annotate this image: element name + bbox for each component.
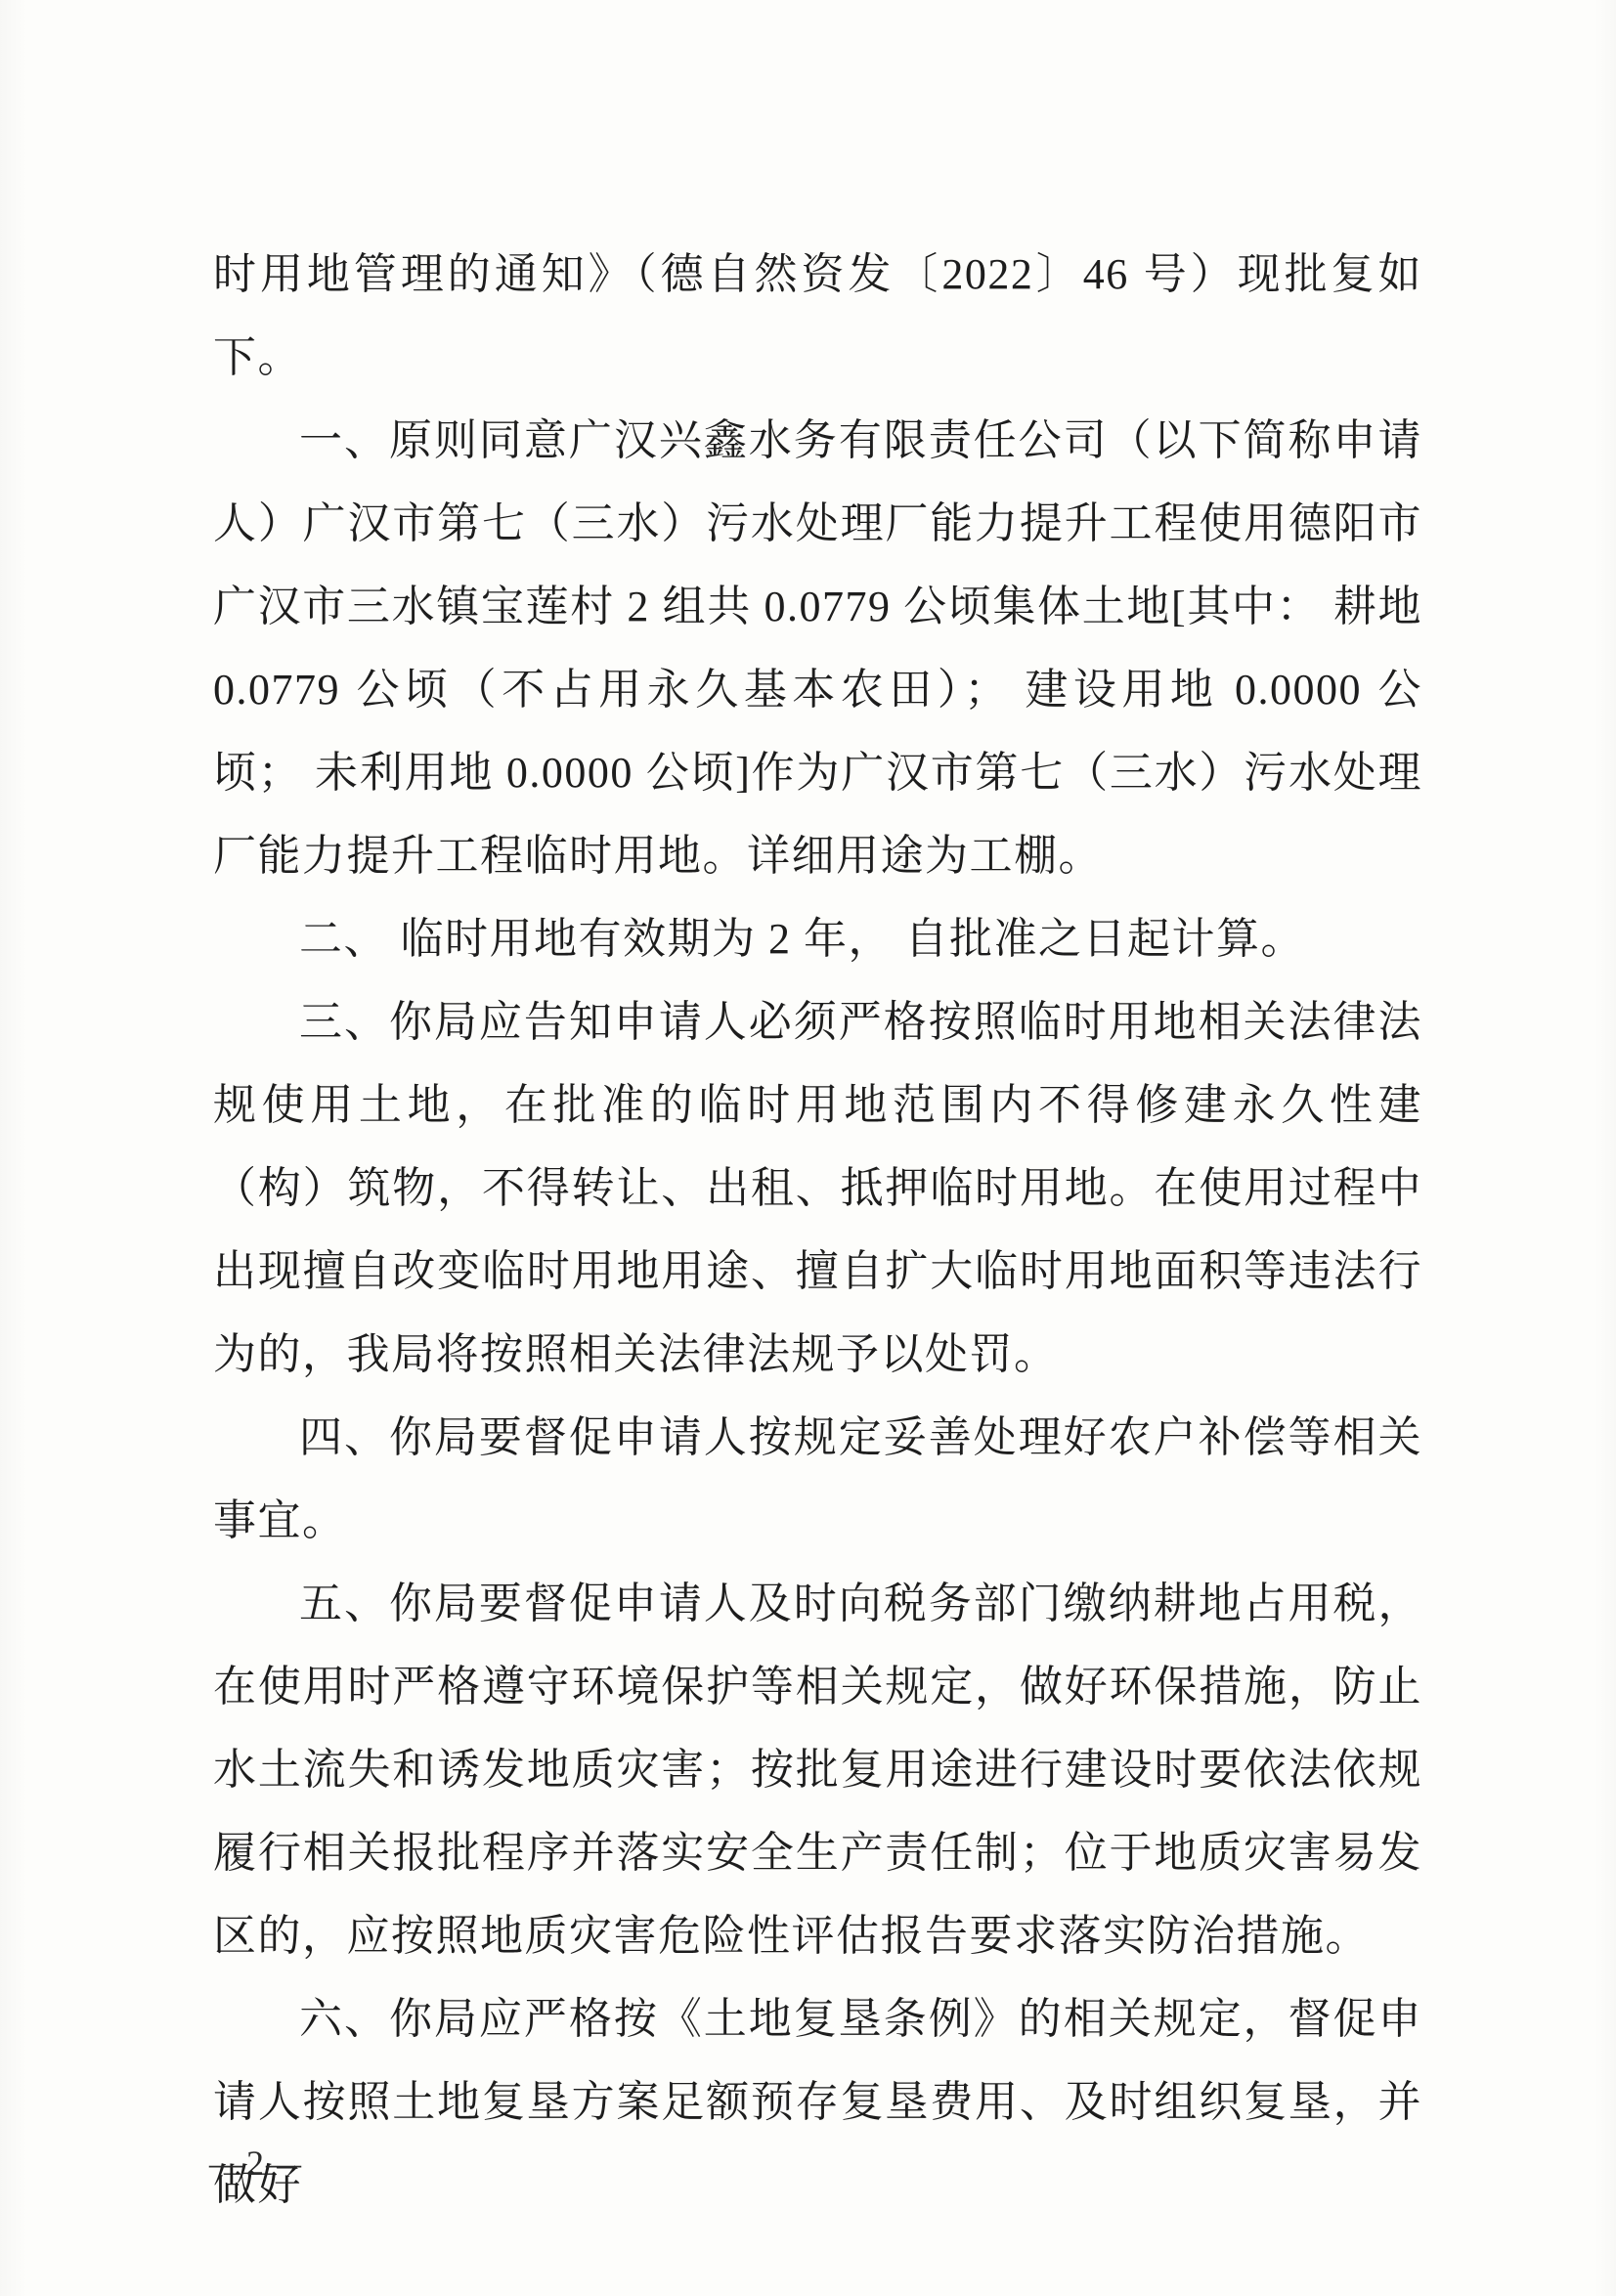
paragraph-continuation: 时用地管理的通知》（德自然资发〔2022〕46 号）现批复如下。 — [213, 233, 1422, 399]
document-page: 时用地管理的通知》（德自然资发〔2022〕46 号）现批复如下。 一、原则同意广… — [0, 0, 1616, 2296]
paragraph-item-2: 二、 临时用地有效期为 2 年， 自批准之日起计算。 — [213, 897, 1422, 980]
paragraph-item-4: 四、你局要督促申请人按规定妥善处理好农户补偿等相关事宜。 — [213, 1396, 1422, 1562]
paragraph-item-3: 三、你局应告知申请人必须严格按照临时用地相关法律法规使用土地，在批准的临时用地范… — [213, 980, 1422, 1396]
document-body: 时用地管理的通知》（德自然资发〔2022〕46 号）现批复如下。 一、原则同意广… — [213, 233, 1422, 2227]
page-number: —2— — [209, 2143, 303, 2184]
paragraph-item-6: 六、你局应严格按《土地复垦条例》的相关规定，督促申请人按照土地复垦方案足额预存复… — [213, 1977, 1422, 2227]
paragraph-item-5: 五、你局要督促申请人及时向税务部门缴纳耕地占用税，在使用时严格遵守环境保护等相关… — [213, 1562, 1422, 1977]
paragraph-item-1: 一、原则同意广汉兴鑫水务有限责任公司（以下简称申请人）广汉市第七（三水）污水处理… — [213, 399, 1422, 897]
